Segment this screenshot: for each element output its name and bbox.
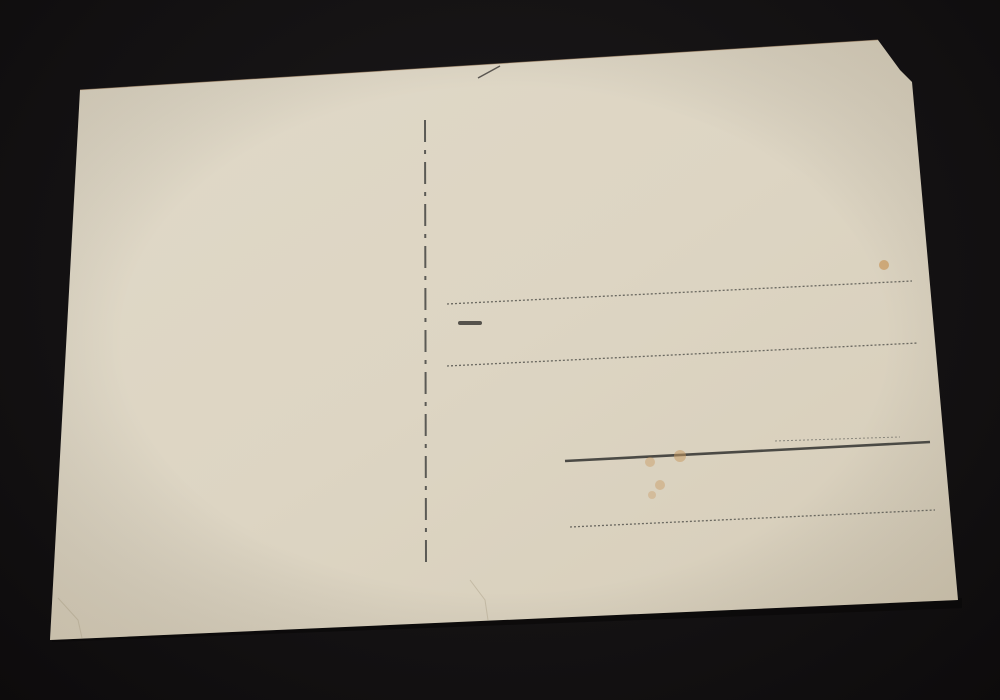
postcard-back <box>0 0 1000 700</box>
postcard-illustration <box>0 0 1000 700</box>
photo-scene <box>0 0 1000 700</box>
